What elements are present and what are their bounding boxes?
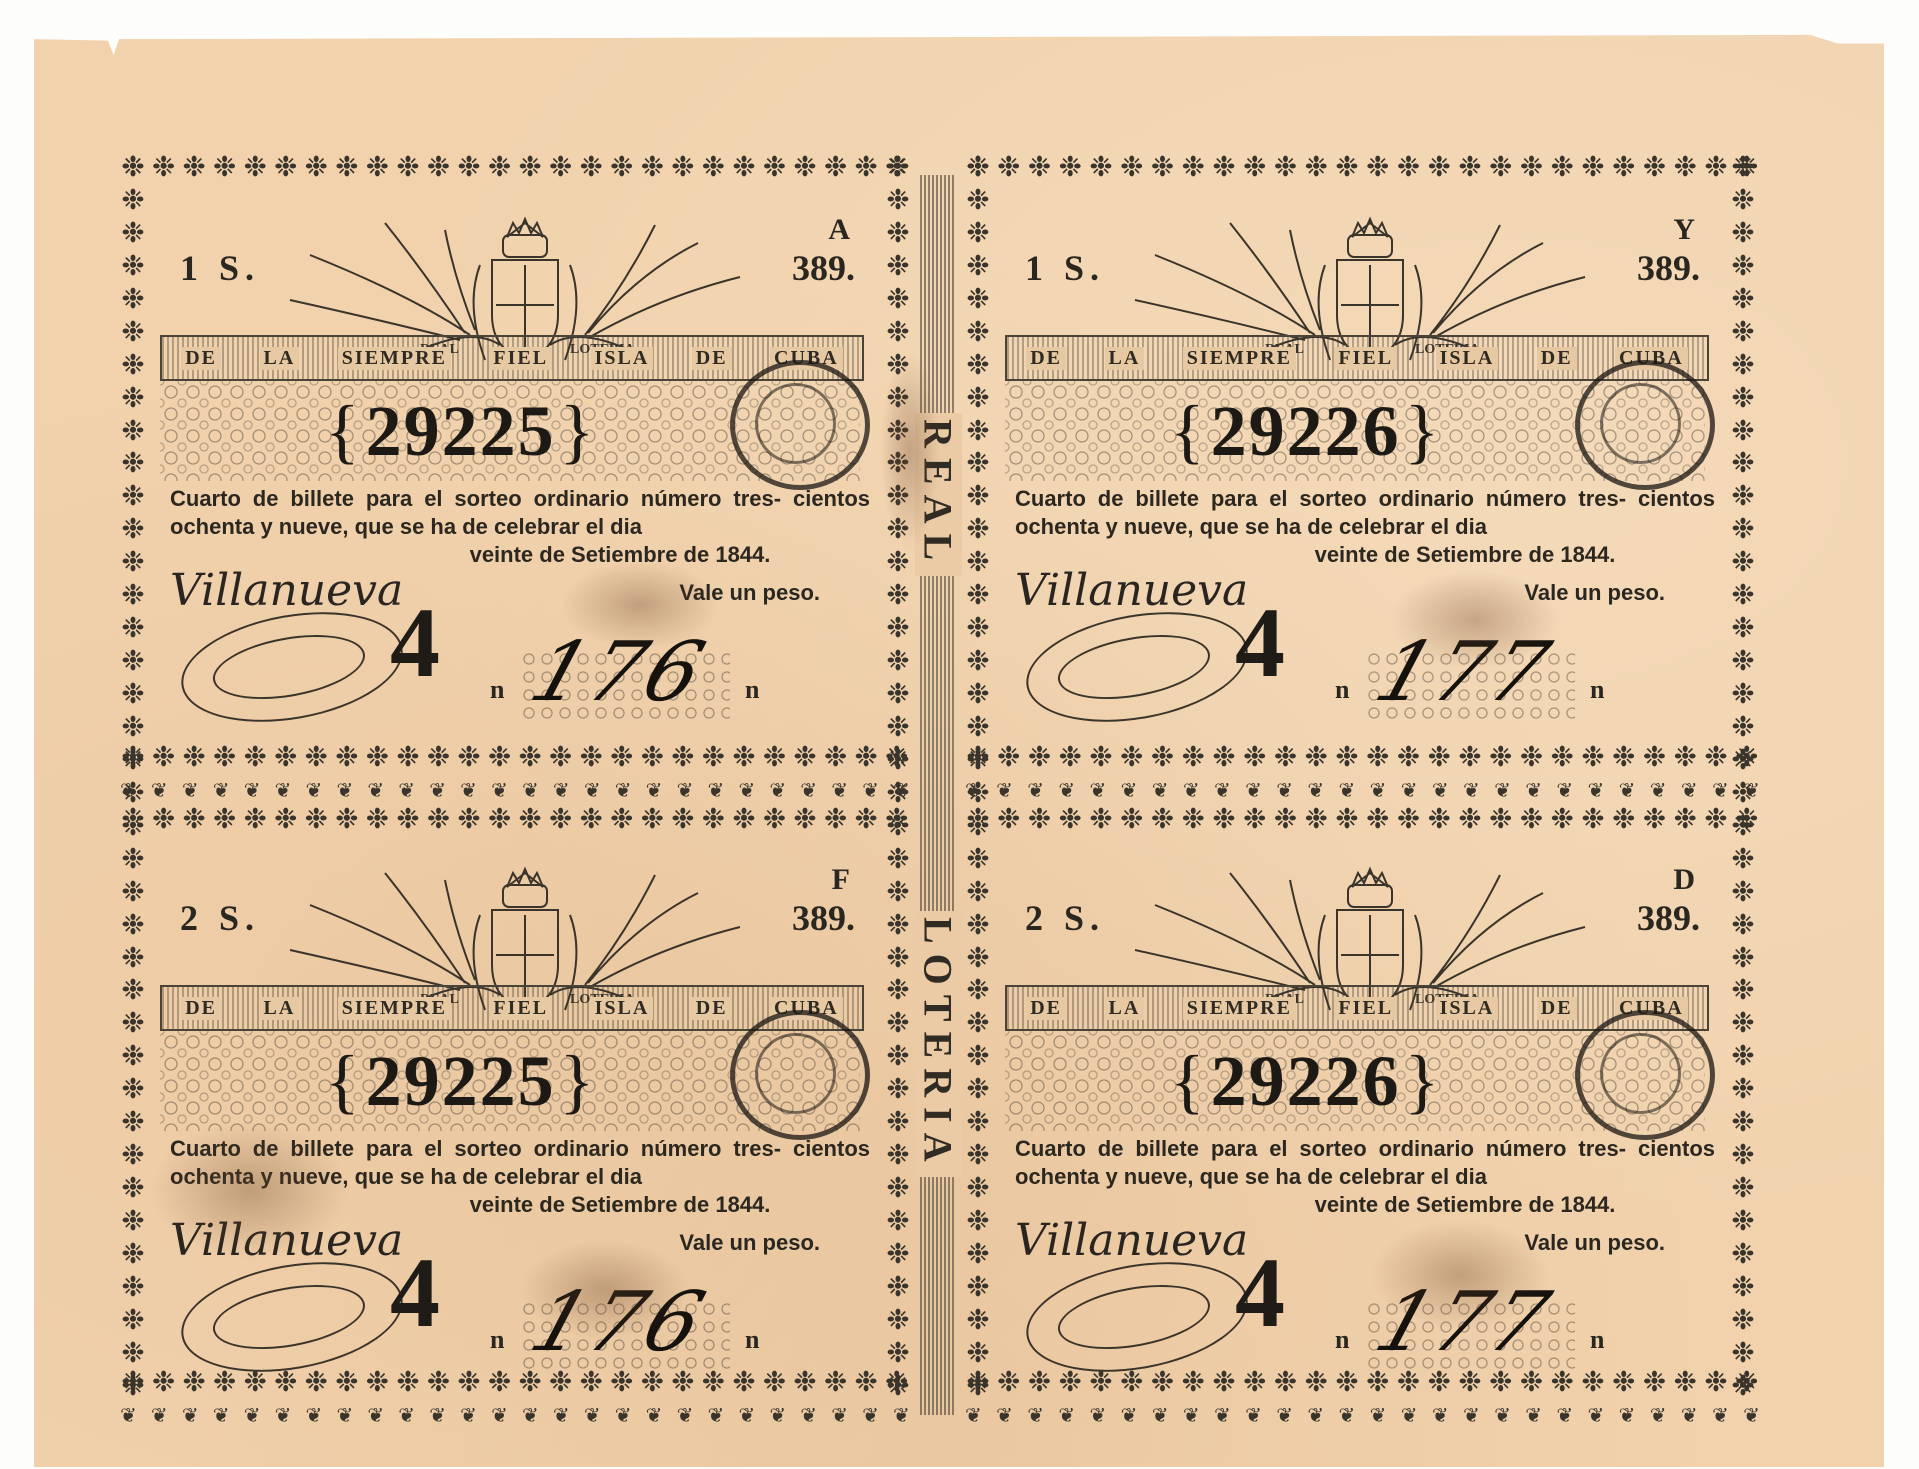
rosette-icon bbox=[1396, 745, 1422, 771]
rosette-icon bbox=[823, 807, 849, 833]
urn-ornament-icon bbox=[398, 780, 415, 802]
rosette-icon bbox=[151, 807, 177, 833]
urn-ornament-icon bbox=[769, 780, 786, 802]
rosette-icon bbox=[965, 1209, 991, 1235]
rosette-icon bbox=[1365, 807, 1391, 833]
rosette-icon bbox=[823, 745, 849, 771]
rosette-icon bbox=[1580, 745, 1606, 771]
rosette-icon bbox=[548, 807, 574, 833]
rosette-icon bbox=[885, 748, 911, 774]
urn-ornament-icon bbox=[120, 1405, 137, 1427]
urn-ornament-icon bbox=[1588, 1405, 1605, 1427]
rosette-icon bbox=[578, 807, 604, 833]
rosette-icon bbox=[853, 807, 879, 833]
banner-word: DE bbox=[1026, 997, 1066, 1020]
rosette-icon bbox=[965, 254, 991, 280]
rosette-icon bbox=[1057, 745, 1083, 771]
rosette-icon bbox=[965, 913, 991, 939]
rosette-icon bbox=[181, 745, 207, 771]
urn-ornament-icon bbox=[1401, 1405, 1418, 1427]
urn-ornament-icon bbox=[1152, 780, 1169, 802]
n-mark-right: n bbox=[1590, 675, 1604, 705]
rosette-icon bbox=[120, 484, 146, 510]
rosette-icon bbox=[364, 745, 390, 771]
border-top-left bbox=[120, 155, 910, 185]
rosette-icon bbox=[1730, 748, 1756, 774]
urn-ornament-icon bbox=[800, 1405, 817, 1427]
rosette-icon bbox=[792, 155, 818, 181]
urn-ornament-icon bbox=[336, 1405, 353, 1427]
urn-ornament-icon bbox=[491, 1405, 508, 1427]
rosette-icon bbox=[364, 155, 390, 181]
ticket-description: Cuarto de billete para el sorteo ordinar… bbox=[1015, 485, 1715, 569]
n-mark-left: n bbox=[1335, 1325, 1349, 1355]
urn-ornament-icon bbox=[615, 1405, 632, 1427]
rosette-icon bbox=[965, 353, 991, 379]
rosette-icon bbox=[120, 583, 146, 609]
ink-seal-stamp-icon bbox=[1575, 1010, 1715, 1140]
rosette-icon bbox=[517, 155, 543, 181]
fraction-quarter: 4 bbox=[390, 1235, 440, 1350]
banner-word: DE bbox=[181, 997, 221, 1020]
urn-ornament-icon bbox=[1681, 1405, 1698, 1427]
rosette-icon bbox=[1611, 807, 1637, 833]
urn-ornament-icon bbox=[213, 780, 230, 802]
rosette-icon bbox=[792, 745, 818, 771]
rosette-icon bbox=[639, 807, 665, 833]
rosette-icon bbox=[212, 155, 238, 181]
rosette-icon bbox=[1027, 807, 1053, 833]
urn-ornament-icon bbox=[1650, 780, 1667, 802]
urn-ornament-icon bbox=[1463, 780, 1480, 802]
rosette-icon bbox=[120, 1077, 146, 1103]
ticket-number: 29225 bbox=[325, 390, 596, 473]
rosette-icon bbox=[965, 1110, 991, 1136]
rosette-icon bbox=[212, 745, 238, 771]
urn-ornament-icon bbox=[1307, 1405, 1324, 1427]
rosette-icon bbox=[1211, 745, 1237, 771]
banner-word: LA bbox=[1105, 347, 1145, 370]
banner-word: ISLA bbox=[1436, 997, 1499, 1020]
rosette-icon bbox=[996, 807, 1022, 833]
rosette-icon bbox=[120, 1143, 146, 1169]
urn-ornament-icon bbox=[1370, 780, 1387, 802]
urn-ornament-icon bbox=[275, 780, 292, 802]
urn-ornament-icon bbox=[491, 780, 508, 802]
urn-ornament-icon bbox=[429, 1405, 446, 1427]
n-mark-left: n bbox=[1335, 675, 1349, 705]
rosette-icon bbox=[1396, 807, 1422, 833]
rosette-icon bbox=[120, 748, 146, 774]
urn-ornament-icon bbox=[1339, 780, 1356, 802]
rosette-icon bbox=[1642, 807, 1668, 833]
urn-ornament-icon bbox=[1401, 780, 1418, 802]
n-mark-left: n bbox=[490, 1325, 504, 1355]
rosette-icon bbox=[120, 781, 146, 807]
urn-ornament-icon bbox=[244, 780, 261, 802]
banner-word: DE bbox=[692, 347, 732, 370]
rosette-icon bbox=[1488, 745, 1514, 771]
urn-ornament-icon bbox=[862, 1405, 879, 1427]
ticket-description: Cuarto de billete para el sorteo ordinar… bbox=[170, 485, 870, 569]
ticket-letter: Y bbox=[1673, 213, 1695, 247]
border-top-right bbox=[965, 155, 1760, 185]
rosette-icon bbox=[1730, 155, 1756, 181]
rosette-icon bbox=[1027, 745, 1053, 771]
rosette-icon bbox=[965, 616, 991, 642]
rosette-icon bbox=[1703, 807, 1729, 833]
rosette-icon bbox=[670, 745, 696, 771]
rosette-icon bbox=[1549, 807, 1575, 833]
ink-seal-stamp-icon bbox=[1575, 360, 1715, 490]
banner-word: DE bbox=[1537, 347, 1577, 370]
rosette-icon bbox=[1426, 155, 1452, 181]
signature: Villanueva bbox=[1015, 1215, 1248, 1266]
urn-ornament-icon bbox=[182, 1405, 199, 1427]
rosette-icon bbox=[120, 320, 146, 346]
urn-ornament-icon bbox=[460, 1405, 477, 1427]
urn-ornament-icon bbox=[1712, 1405, 1729, 1427]
urn-ornament-icon bbox=[306, 1405, 323, 1427]
rosette-icon bbox=[120, 1275, 146, 1301]
urn-ornament-icon bbox=[1743, 1405, 1760, 1427]
ticket-letter: D bbox=[1673, 863, 1695, 897]
rosette-icon bbox=[731, 807, 757, 833]
age-stain bbox=[520, 1240, 690, 1340]
rosette-icon bbox=[1057, 155, 1083, 181]
rosette-icon bbox=[1549, 155, 1575, 181]
rosette-icon bbox=[639, 745, 665, 771]
value-text: Vale un peso. bbox=[1524, 1230, 1665, 1256]
rosette-icon bbox=[395, 155, 421, 181]
urn-ornament-icon bbox=[1556, 1405, 1573, 1427]
rosette-icon bbox=[395, 745, 421, 771]
urn-ornament-icon bbox=[738, 1405, 755, 1427]
rosette-icon bbox=[761, 745, 787, 771]
series-label: 2 S. bbox=[180, 897, 260, 939]
rosette-icon bbox=[885, 155, 911, 181]
urn-ornament-icon bbox=[336, 780, 353, 802]
rosette-icon bbox=[731, 745, 757, 771]
rosette-icon bbox=[1672, 807, 1698, 833]
banner-word: FIEL bbox=[1334, 347, 1397, 370]
rosette-icon bbox=[1642, 745, 1668, 771]
rosette-icon bbox=[965, 221, 991, 247]
rosette-icon bbox=[1119, 155, 1145, 181]
n-mark-right: n bbox=[1590, 1325, 1604, 1355]
rosette-icon bbox=[120, 550, 146, 576]
rosette-icon bbox=[1519, 745, 1545, 771]
rosette-icon bbox=[1488, 155, 1514, 181]
rosette-icon bbox=[965, 946, 991, 972]
rosette-icon bbox=[965, 517, 991, 543]
rosette-icon bbox=[965, 1044, 991, 1070]
rosette-icon bbox=[517, 745, 543, 771]
rosette-icon bbox=[487, 745, 513, 771]
rosette-icon bbox=[578, 745, 604, 771]
rosette-icon bbox=[1088, 745, 1114, 771]
rosette-icon bbox=[1730, 781, 1756, 807]
rosette-icon bbox=[1273, 745, 1299, 771]
urn-ornament-icon bbox=[646, 780, 663, 802]
urn-ornament-icon bbox=[862, 780, 879, 802]
banner-word: ISLA bbox=[591, 347, 654, 370]
urn-ornament-icon bbox=[584, 1405, 601, 1427]
rosette-icon bbox=[609, 155, 635, 181]
rosette-icon bbox=[151, 745, 177, 771]
rosette-icon bbox=[120, 715, 146, 741]
rosette-icon bbox=[273, 745, 299, 771]
rosette-icon bbox=[487, 155, 513, 181]
rosette-icon bbox=[609, 807, 635, 833]
banner-word: ISLA bbox=[1436, 347, 1499, 370]
rosette-icon bbox=[548, 745, 574, 771]
draw-number: 389. bbox=[1637, 247, 1700, 289]
urn-ornament-icon bbox=[1214, 780, 1231, 802]
urn-ornament-icon bbox=[831, 1405, 848, 1427]
banner-word: FIEL bbox=[1334, 997, 1397, 1020]
urn-ornament-icon bbox=[893, 1405, 910, 1427]
ticket-number: 29226 bbox=[1170, 390, 1441, 473]
rosette-icon bbox=[1180, 807, 1206, 833]
rosette-icon bbox=[1580, 155, 1606, 181]
rosette-icon bbox=[1365, 155, 1391, 181]
rosette-icon bbox=[853, 745, 879, 771]
rosette-icon bbox=[965, 978, 991, 1004]
rosette-icon bbox=[120, 1176, 146, 1202]
rosette-icon bbox=[120, 649, 146, 675]
ticket-letter: F bbox=[832, 863, 850, 897]
urn-ornament-icon bbox=[708, 780, 725, 802]
border-mid-left-upper bbox=[120, 745, 910, 775]
urn-ornament-icon bbox=[553, 780, 570, 802]
rosette-icon bbox=[1396, 155, 1422, 181]
rosette-icon bbox=[965, 748, 991, 774]
urn-ornament-icon bbox=[677, 780, 694, 802]
rosette-icon bbox=[120, 1110, 146, 1136]
urn-ornament-icon bbox=[1370, 1405, 1387, 1427]
border-mid-left-lower bbox=[120, 807, 910, 837]
rosette-icon bbox=[303, 807, 329, 833]
rosette-icon bbox=[965, 715, 991, 741]
ticket-number: 29226 bbox=[1170, 1040, 1441, 1123]
rosette-icon bbox=[1642, 155, 1668, 181]
rosette-icon bbox=[1150, 155, 1176, 181]
rosette-icon bbox=[181, 807, 207, 833]
banner-word: ISLA bbox=[591, 997, 654, 1020]
rosette-icon bbox=[1334, 155, 1360, 181]
urn-ornament-icon bbox=[708, 1405, 725, 1427]
rosette-icon bbox=[120, 946, 146, 972]
rosette-icon bbox=[151, 155, 177, 181]
banner-word: LA bbox=[1105, 997, 1145, 1020]
rosette-icon bbox=[273, 155, 299, 181]
urn-ornament-icon bbox=[1121, 780, 1138, 802]
border-mid-right-lower bbox=[965, 807, 1760, 837]
urn-ornament-icon bbox=[646, 1405, 663, 1427]
urn-ornament-icon bbox=[831, 780, 848, 802]
rosette-icon bbox=[1611, 745, 1637, 771]
rosette-icon bbox=[487, 807, 513, 833]
urn-ornament-icon bbox=[1588, 780, 1605, 802]
rosette-icon bbox=[1611, 155, 1637, 181]
banner-word: SIEMPRE bbox=[338, 347, 451, 370]
urn-ornament-icon bbox=[1525, 1405, 1542, 1427]
urn-ornament-icon bbox=[996, 780, 1013, 802]
banner-word: SIEMPRE bbox=[338, 997, 451, 1020]
rosette-icon bbox=[761, 155, 787, 181]
series-label: 1 S. bbox=[1025, 247, 1105, 289]
banner-word: DE bbox=[692, 997, 732, 1020]
rosette-icon bbox=[853, 155, 879, 181]
rosette-icon bbox=[1273, 155, 1299, 181]
banner-word: LA bbox=[260, 997, 300, 1020]
rosette-icon bbox=[334, 155, 360, 181]
rosette-icon bbox=[965, 155, 991, 181]
rosette-icon bbox=[120, 1044, 146, 1070]
rosette-icon bbox=[731, 155, 757, 181]
rosette-icon bbox=[965, 1176, 991, 1202]
rosette-icon bbox=[1580, 807, 1606, 833]
rosette-icon bbox=[425, 807, 451, 833]
rosette-icon bbox=[1180, 155, 1206, 181]
rosette-icon bbox=[761, 807, 787, 833]
rosette-icon bbox=[965, 550, 991, 576]
rosette-icon bbox=[965, 682, 991, 708]
rosette-icon bbox=[965, 1242, 991, 1268]
rosette-icon bbox=[1334, 745, 1360, 771]
urn-ornament-icon bbox=[1463, 1405, 1480, 1427]
ornament-band bbox=[965, 780, 1760, 802]
rosette-icon bbox=[334, 807, 360, 833]
ink-seal-stamp-icon bbox=[730, 360, 870, 490]
rosette-icon bbox=[1242, 745, 1268, 771]
rosette-icon bbox=[1365, 745, 1391, 771]
urn-ornament-icon bbox=[1121, 1405, 1138, 1427]
rosette-icon bbox=[548, 155, 574, 181]
value-text: Vale un peso. bbox=[679, 1230, 820, 1256]
rosette-icon bbox=[1703, 745, 1729, 771]
draw-number: 389. bbox=[792, 247, 855, 289]
rosette-icon bbox=[1457, 155, 1483, 181]
rosette-icon bbox=[670, 807, 696, 833]
urn-ornament-icon bbox=[151, 1405, 168, 1427]
draw-number: 389. bbox=[792, 897, 855, 939]
rosette-icon bbox=[1672, 155, 1698, 181]
urn-ornament-icon bbox=[800, 780, 817, 802]
rosette-icon bbox=[120, 287, 146, 313]
rosette-icon bbox=[885, 781, 911, 807]
banner-word: DE bbox=[1537, 997, 1577, 1020]
rosette-icon bbox=[120, 880, 146, 906]
rosette-icon bbox=[965, 649, 991, 675]
urn-ornament-icon bbox=[1432, 1405, 1449, 1427]
urn-ornament-icon bbox=[1712, 780, 1729, 802]
rosette-icon bbox=[395, 807, 421, 833]
urn-ornament-icon bbox=[306, 780, 323, 802]
rosette-icon bbox=[700, 155, 726, 181]
rosette-icon bbox=[120, 254, 146, 280]
urn-ornament-icon bbox=[151, 780, 168, 802]
rosette-icon bbox=[242, 745, 268, 771]
rosette-icon bbox=[1150, 745, 1176, 771]
rosette-icon bbox=[120, 616, 146, 642]
urn-ornament-icon bbox=[1432, 780, 1449, 802]
rosette-icon bbox=[965, 287, 991, 313]
rosette-icon bbox=[1119, 807, 1145, 833]
fraction-quarter: 4 bbox=[1235, 585, 1285, 700]
rosette-icon bbox=[425, 745, 451, 771]
urn-ornament-icon bbox=[1245, 780, 1262, 802]
rosette-icon bbox=[364, 807, 390, 833]
urn-ornament-icon bbox=[965, 1405, 982, 1427]
urn-ornament-icon bbox=[1276, 780, 1293, 802]
urn-ornament-icon bbox=[1525, 780, 1542, 802]
rosette-icon bbox=[965, 484, 991, 510]
rosette-icon bbox=[456, 155, 482, 181]
rosette-icon bbox=[120, 1209, 146, 1235]
n-mark-left: n bbox=[490, 675, 504, 705]
ornament-band bbox=[120, 1405, 910, 1427]
rosette-icon bbox=[1057, 807, 1083, 833]
rosette-icon bbox=[1488, 807, 1514, 833]
rosette-icon bbox=[1426, 745, 1452, 771]
rosette-icon bbox=[1088, 155, 1114, 181]
rosette-icon bbox=[425, 155, 451, 181]
urn-ornament-icon bbox=[1183, 1405, 1200, 1427]
lottery-ticket-bottom-left: 2 S. F 389. REAL LOTERIA DELASIEMPREFIEL… bbox=[150, 835, 890, 1395]
rosette-icon bbox=[1457, 745, 1483, 771]
rosette-icon bbox=[996, 745, 1022, 771]
urn-ornament-icon bbox=[522, 780, 539, 802]
rosette-icon bbox=[1703, 155, 1729, 181]
rosette-icon bbox=[965, 583, 991, 609]
rosette-icon bbox=[965, 386, 991, 412]
rosette-icon bbox=[965, 1077, 991, 1103]
signature-flourish-icon bbox=[173, 1246, 412, 1387]
age-stain bbox=[880, 350, 940, 550]
rosette-icon bbox=[1519, 155, 1545, 181]
rosette-icon bbox=[1211, 807, 1237, 833]
rosette-icon bbox=[120, 847, 146, 873]
rosette-icon bbox=[120, 353, 146, 379]
rosette-icon bbox=[273, 807, 299, 833]
banner-word: FIEL bbox=[489, 997, 552, 1020]
rosette-icon bbox=[1119, 745, 1145, 771]
rosette-icon bbox=[965, 451, 991, 477]
urn-ornament-icon bbox=[1027, 780, 1044, 802]
urn-ornament-icon bbox=[1090, 780, 1107, 802]
banner-word: SIEMPRE bbox=[1183, 997, 1296, 1020]
urn-ornament-icon bbox=[213, 1405, 230, 1427]
rosette-icon bbox=[1242, 155, 1268, 181]
rosette-icon bbox=[1334, 807, 1360, 833]
rosette-icon bbox=[1273, 807, 1299, 833]
rosette-icon bbox=[120, 913, 146, 939]
rosette-icon bbox=[303, 745, 329, 771]
rosette-icon bbox=[1180, 745, 1206, 771]
series-label: 2 S. bbox=[1025, 897, 1105, 939]
banner-word: DE bbox=[1026, 347, 1066, 370]
rosette-icon bbox=[1303, 745, 1329, 771]
rosette-icon bbox=[242, 155, 268, 181]
banner-word: FIEL bbox=[489, 347, 552, 370]
age-stain bbox=[1390, 570, 1560, 670]
urn-ornament-icon bbox=[615, 780, 632, 802]
border-center-right bbox=[965, 155, 995, 1400]
rosette-icon bbox=[1457, 807, 1483, 833]
rosette-icon bbox=[120, 978, 146, 1004]
